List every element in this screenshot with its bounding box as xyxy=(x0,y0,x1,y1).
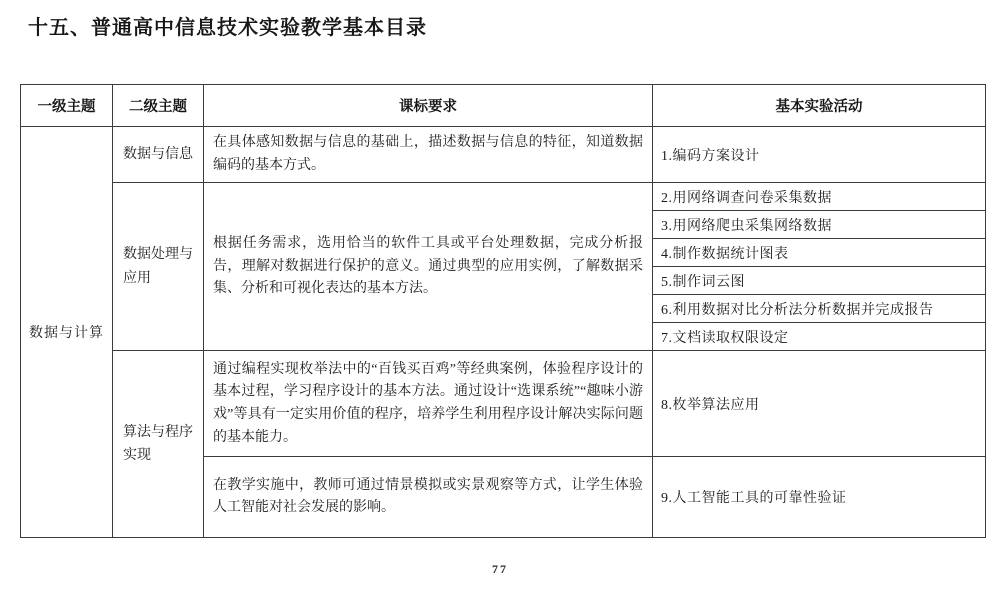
column-header-level2-topic: 二级主题 xyxy=(113,85,204,127)
cell-activity-4: 4.制作数据统计图表 xyxy=(653,239,986,267)
cell-requirement-data-processing: 根据任务需求，选用恰当的软件工具或平台处理数据，完成分析报告，理解对数据进行保护… xyxy=(204,183,653,351)
cell-activity-6: 6.利用数据对比分析法分析数据并完成报告 xyxy=(653,295,986,323)
cell-requirement-ai-experience: 在教学实施中，教师可通过情景模拟或实景观察等方式，让学生体验人工智能对社会发展的… xyxy=(204,457,653,538)
cell-activity-3: 3.用网络爬虫采集网络数据 xyxy=(653,211,986,239)
cell-level2-topic-data-processing: 数据处理与应用 xyxy=(113,183,204,351)
cell-activity-5: 5.制作词云图 xyxy=(653,267,986,295)
column-header-level1-topic: 一级主题 xyxy=(21,85,113,127)
cell-level1-topic: 数据与计算 xyxy=(21,127,113,538)
cell-level2-topic-algorithms: 算法与程序实现 xyxy=(113,351,204,538)
cell-activity-8: 8.枚举算法应用 xyxy=(653,351,986,457)
table-row: 数据与计算 数据与信息 在具体感知数据与信息的基础上，描述数据与信息的特征，知道… xyxy=(21,127,986,183)
cell-activity-7: 7.文档读取权限设定 xyxy=(653,323,986,351)
cell-requirement-algorithms: 通过编程实现枚举法中的“百钱买百鸡”等经典案例，体验程序设计的基本过程，学习程序… xyxy=(204,351,653,457)
cell-activity-9: 9.人工智能工具的可靠性验证 xyxy=(653,457,986,538)
cell-activity-1: 1.编码方案设计 xyxy=(653,127,986,183)
cell-level2-topic-data-and-information: 数据与信息 xyxy=(113,127,204,183)
table-row: 数据处理与应用 根据任务需求，选用恰当的软件工具或平台处理数据，完成分析报告，理… xyxy=(21,183,986,211)
page-number: 77 xyxy=(0,562,1000,577)
page-title: 十五、普通高中信息技术实验教学基本目录 xyxy=(28,11,427,40)
table-header-row: 一级主题 二级主题 课标要求 基本实验活动 xyxy=(21,85,986,127)
cell-activity-2: 2.用网络调查问卷采集数据 xyxy=(653,183,986,211)
cell-requirement-data-and-information: 在具体感知数据与信息的基础上，描述数据与信息的特征，知道数据编码的基本方式。 xyxy=(204,127,653,183)
column-header-curriculum-requirement: 课标要求 xyxy=(204,85,653,127)
experiment-catalog-table: 一级主题 二级主题 课标要求 基本实验活动 数据与计算 数据与信息 在具体感知数… xyxy=(20,84,986,538)
column-header-basic-activity: 基本实验活动 xyxy=(653,85,986,127)
table-row: 算法与程序实现 通过编程实现枚举法中的“百钱买百鸡”等经典案例，体验程序设计的基… xyxy=(21,351,986,457)
